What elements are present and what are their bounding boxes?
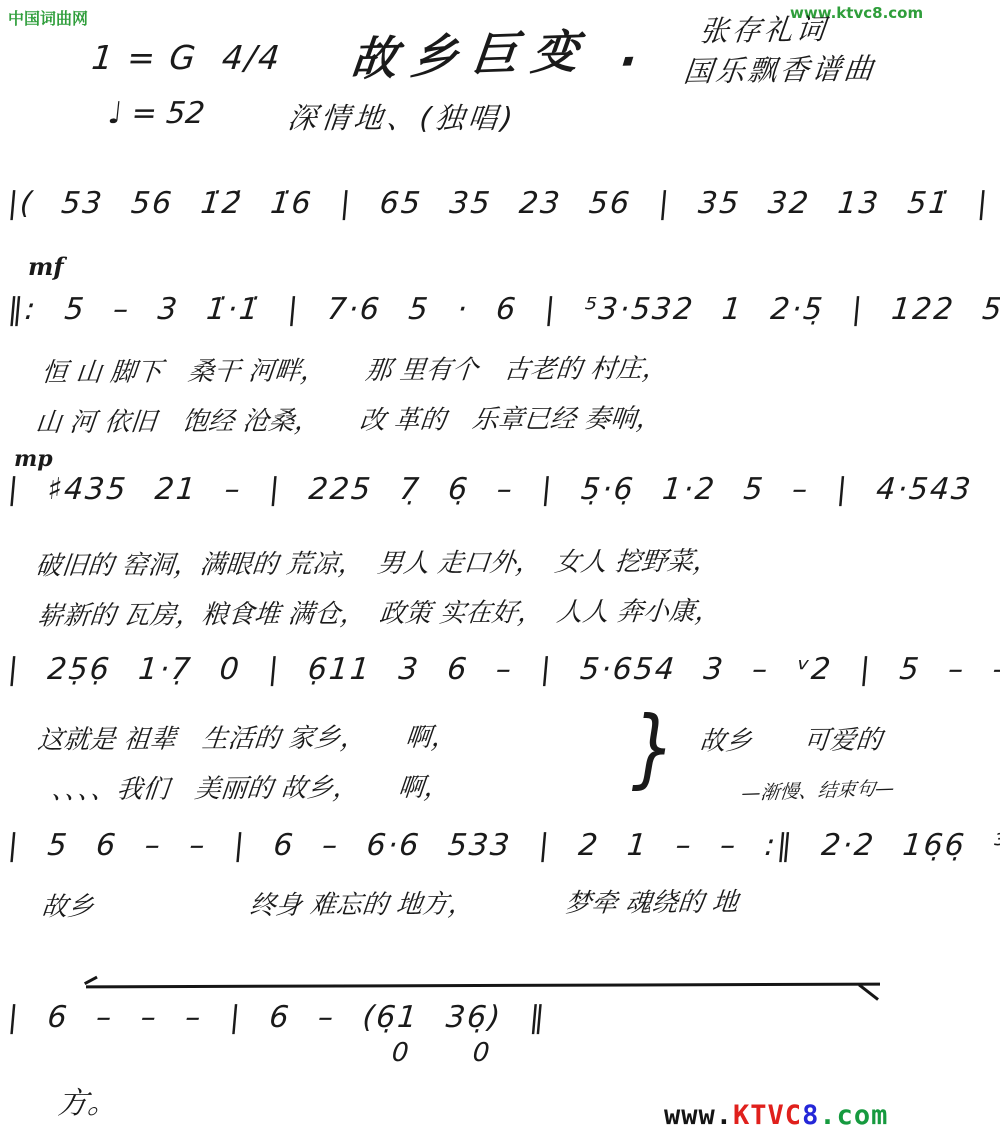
lyrics-row-4: 崭新的 瓦房，粮食堆 满仓， 政策 实在好， 人人 奔小康， — [36, 591, 723, 633]
expression-marking: 深情地、(独唱) — [286, 96, 519, 137]
final-rests: 0 0 — [391, 1038, 519, 1068]
lyrics-brace: } — [631, 698, 675, 798]
notation-line-intro: |( 53 56 1̇2̇ 1̇6 | 65 35 23 56 | 35 32 … — [6, 186, 1000, 221]
logo-www: www. — [664, 1100, 733, 1131]
lyrics-row-2: 山 河 依旧 饱经 沧桑， 改 革的 乐章已经 奏响， — [34, 398, 664, 439]
notation-line-final: | 6 – – – | 6 – (6̣1 36̣) ‖ — [6, 1000, 548, 1035]
key-signature: 1 = G 4/4 — [90, 38, 283, 77]
tempo-marking: ♩ = 52 — [106, 96, 206, 131]
notation-line-5: | 5 6 – – | 6 – 6·6 533 | 2 1 – – :‖ 2·2… — [6, 828, 1000, 863]
dynamic-mp: mp — [14, 446, 53, 472]
lyrics-row-5: 这就是 祖辈 生活的 家乡， 啊， — [36, 717, 459, 757]
notation-line-3: | ♯435 21 – | 225 7̣ 6̣ – | 5̣·6̣ 1·2 5 … — [6, 472, 1000, 507]
ending-annotation: —渐慢、结束句— — [740, 773, 896, 805]
dynamic-mf: mf — [28, 252, 64, 281]
key-value: 1 = G — [90, 38, 199, 77]
lyrics-row-3: 破旧的 窑洞，满眼的 荒凉， 男人 走口外， 女人 挖野菜， — [34, 541, 721, 583]
notation-line-2: ‖: 5 – 3 1̇·1̇ | 7·6 5 · 6 | ⁵3·532 1 2·… — [6, 292, 1000, 327]
composer-credit: 国乐飘香谱曲 — [682, 46, 879, 90]
song-title: 故乡巨变 . — [348, 13, 658, 89]
notation-line-4: | 25̣6̣ 1·7̣ 0 | 6̣11 3 6 – | 5·654 3 – … — [6, 652, 1000, 687]
lyrics-row-1: 恒 山 脚下 桑干 河畔， 那 里有个 古老的 村庄， — [40, 348, 670, 389]
lyrics-row-5-continued: 故乡 可爱的 — [698, 719, 884, 757]
logo-eight: 8 — [802, 1100, 819, 1131]
lyrics-row-6: 、、、、我们 美丽的 故乡， 啊， — [50, 767, 452, 807]
logo-ktvc: KTVC — [733, 1100, 802, 1131]
site-watermark-top-left: 中国词曲网 — [8, 6, 88, 29]
lyrics-row-7: 故乡 终身 难忘的 地方， 梦牵 魂绕的 地 — [40, 882, 740, 924]
time-signature: 4/4 — [220, 38, 283, 77]
logo-com: .com — [819, 1100, 888, 1131]
sheet-music-page: 中国词曲网 www.ktvc8.com 1 = G 4/4 故乡巨变 . 张存礼… — [0, 0, 1000, 1137]
ritardando-phrase-line — [86, 983, 880, 989]
ktvc8-logo: www.KTVC8.com — [664, 1100, 888, 1131]
lyricist-credit: 张存礼词 — [698, 7, 831, 50]
lyrics-row-8: 方。 — [56, 1078, 120, 1122]
